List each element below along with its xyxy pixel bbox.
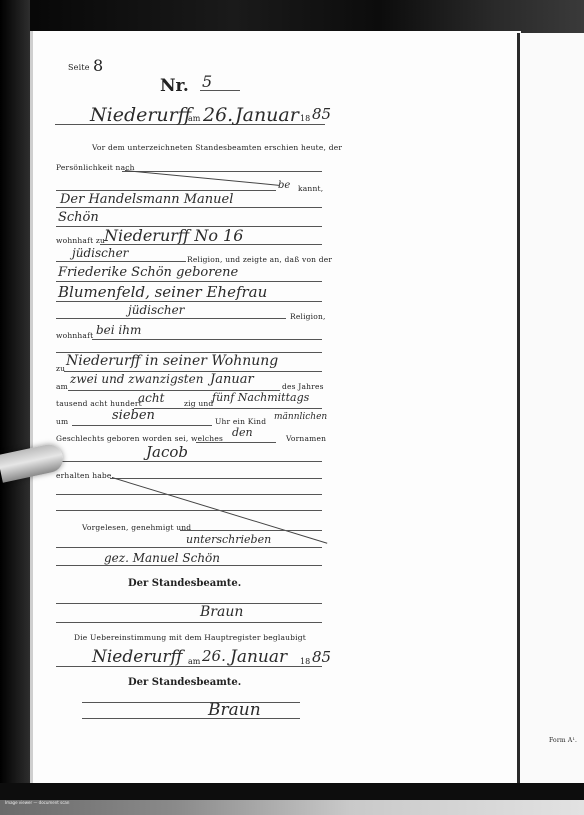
known-label: kannt,	[298, 184, 323, 193]
handwritten-mother-religion: jüdischer	[128, 303, 184, 317]
rule	[100, 244, 322, 245]
rule	[56, 261, 186, 262]
handwritten-mother-residence: bei ihm	[96, 323, 141, 337]
handwritten-informant-line1: Der Handelsmann Manuel	[60, 192, 233, 207]
handwritten-signed: unterschrieben	[186, 533, 271, 546]
registrar-heading-2: Der Standesbeamte.	[128, 677, 241, 688]
handwritten-cert-day: 26.	[202, 647, 226, 665]
rule	[56, 510, 322, 511]
rule	[72, 425, 212, 426]
rule	[82, 702, 300, 703]
thousand-label: tausend acht hundert	[56, 399, 142, 408]
rule	[110, 478, 322, 479]
handwritten-informant-line2: Schön	[58, 210, 99, 225]
rule	[82, 718, 300, 719]
underline	[200, 90, 240, 91]
rule	[56, 547, 322, 548]
handwritten-cert-year: 85	[312, 648, 331, 666]
handwritten-child-name: Jacob	[146, 443, 188, 461]
handwritten-birth-day: zwei und zwanzigsten	[70, 372, 203, 386]
rule	[56, 301, 322, 302]
rule	[92, 339, 322, 340]
handwritten-religion: jüdischer	[72, 246, 128, 260]
rule	[56, 565, 322, 566]
year-prefix-2: 18	[300, 657, 310, 666]
residing-at-label: wohnhaft zu	[56, 236, 105, 245]
page-label: Seite	[68, 63, 90, 72]
zig-und-label: zig und	[184, 399, 213, 408]
handwritten-birth-hour: sieben	[112, 408, 155, 423]
handwritten-known-prefix: be	[278, 180, 290, 191]
handwritten-place: Niederurff	[90, 104, 191, 126]
intro-text: Vor dem unterzeichneten Standesbeamten e…	[92, 143, 342, 152]
status-text: Image viewer — document scan	[5, 800, 69, 805]
rule	[56, 666, 322, 667]
handwritten-informant-signature: gez. Manuel Schön	[104, 551, 220, 565]
handwritten-day: 26.	[203, 104, 233, 126]
handwritten-residence: Niederurff No 16	[104, 226, 243, 245]
rule	[56, 190, 276, 191]
record-number-label: Nr.	[160, 76, 189, 96]
um-label: um	[56, 417, 68, 426]
handwritten-registrar-signature: Braun	[200, 604, 243, 620]
handwritten-mother-line2: Blumenfeld, seiner Ehefrau	[58, 283, 267, 301]
am-label: am	[188, 114, 200, 123]
handwritten-mother-line1: Friederike Schön geborene	[58, 265, 238, 280]
am-label-2: am	[56, 382, 68, 391]
received-label: erhalten habe.	[56, 471, 114, 480]
clock-label: Uhr ein Kind	[215, 417, 266, 426]
rule	[56, 461, 322, 462]
year-prefix: 18	[300, 114, 310, 123]
facing-page-edge	[520, 33, 584, 785]
handwritten-month: Januar	[235, 104, 299, 126]
registrar-heading: Der Standesbeamte.	[128, 578, 241, 589]
certification-text: Die Uebereinstimmung mit dem Hauptregist…	[74, 633, 306, 642]
handwritten-year-tens: acht	[138, 391, 164, 405]
page-number: 8	[93, 56, 103, 75]
handwritten-cert-month: Januar	[230, 647, 287, 667]
handwritten-birth-place: Niederurff in seiner Wohnung	[66, 353, 278, 369]
form-reference: Form A¹.	[549, 737, 577, 744]
handwritten-birth-time: fünf Nachmittags	[212, 391, 309, 404]
rule	[56, 622, 322, 623]
scan-left-edge	[0, 0, 30, 790]
rule	[56, 494, 322, 495]
rule	[56, 603, 322, 604]
record-number: 5	[202, 72, 212, 91]
handwritten-cert-place: Niederurff	[92, 647, 183, 667]
rule	[196, 442, 276, 443]
scan-bottom-edge	[0, 783, 584, 800]
first-names-label: Vornamen	[286, 434, 326, 443]
rule	[56, 318, 286, 319]
of-year-label: des Jahres	[282, 382, 324, 391]
handwritten-birth-month: Januar	[210, 372, 254, 387]
handwritten-year: 85	[312, 105, 331, 123]
handwritten-registrar-signature-2: Braun	[208, 700, 261, 720]
rule	[134, 408, 322, 409]
religion-and-label: Religion, und zeigte an, daß von der	[187, 255, 332, 264]
read-approved-label: Vorgelesen, genehmigt und	[82, 523, 191, 532]
handwritten-child-article: den	[232, 426, 253, 439]
religion-label: Religion,	[290, 312, 326, 321]
am-label-3: am	[188, 657, 200, 666]
handwritten-child-sex: männlichen	[274, 412, 327, 422]
rule	[180, 530, 322, 531]
residing-label: wohnhaft	[56, 331, 93, 340]
status-bar: Image viewer — document scan	[0, 800, 584, 815]
rule	[56, 281, 322, 282]
rule	[56, 207, 322, 208]
scan-top-edge	[0, 0, 584, 34]
